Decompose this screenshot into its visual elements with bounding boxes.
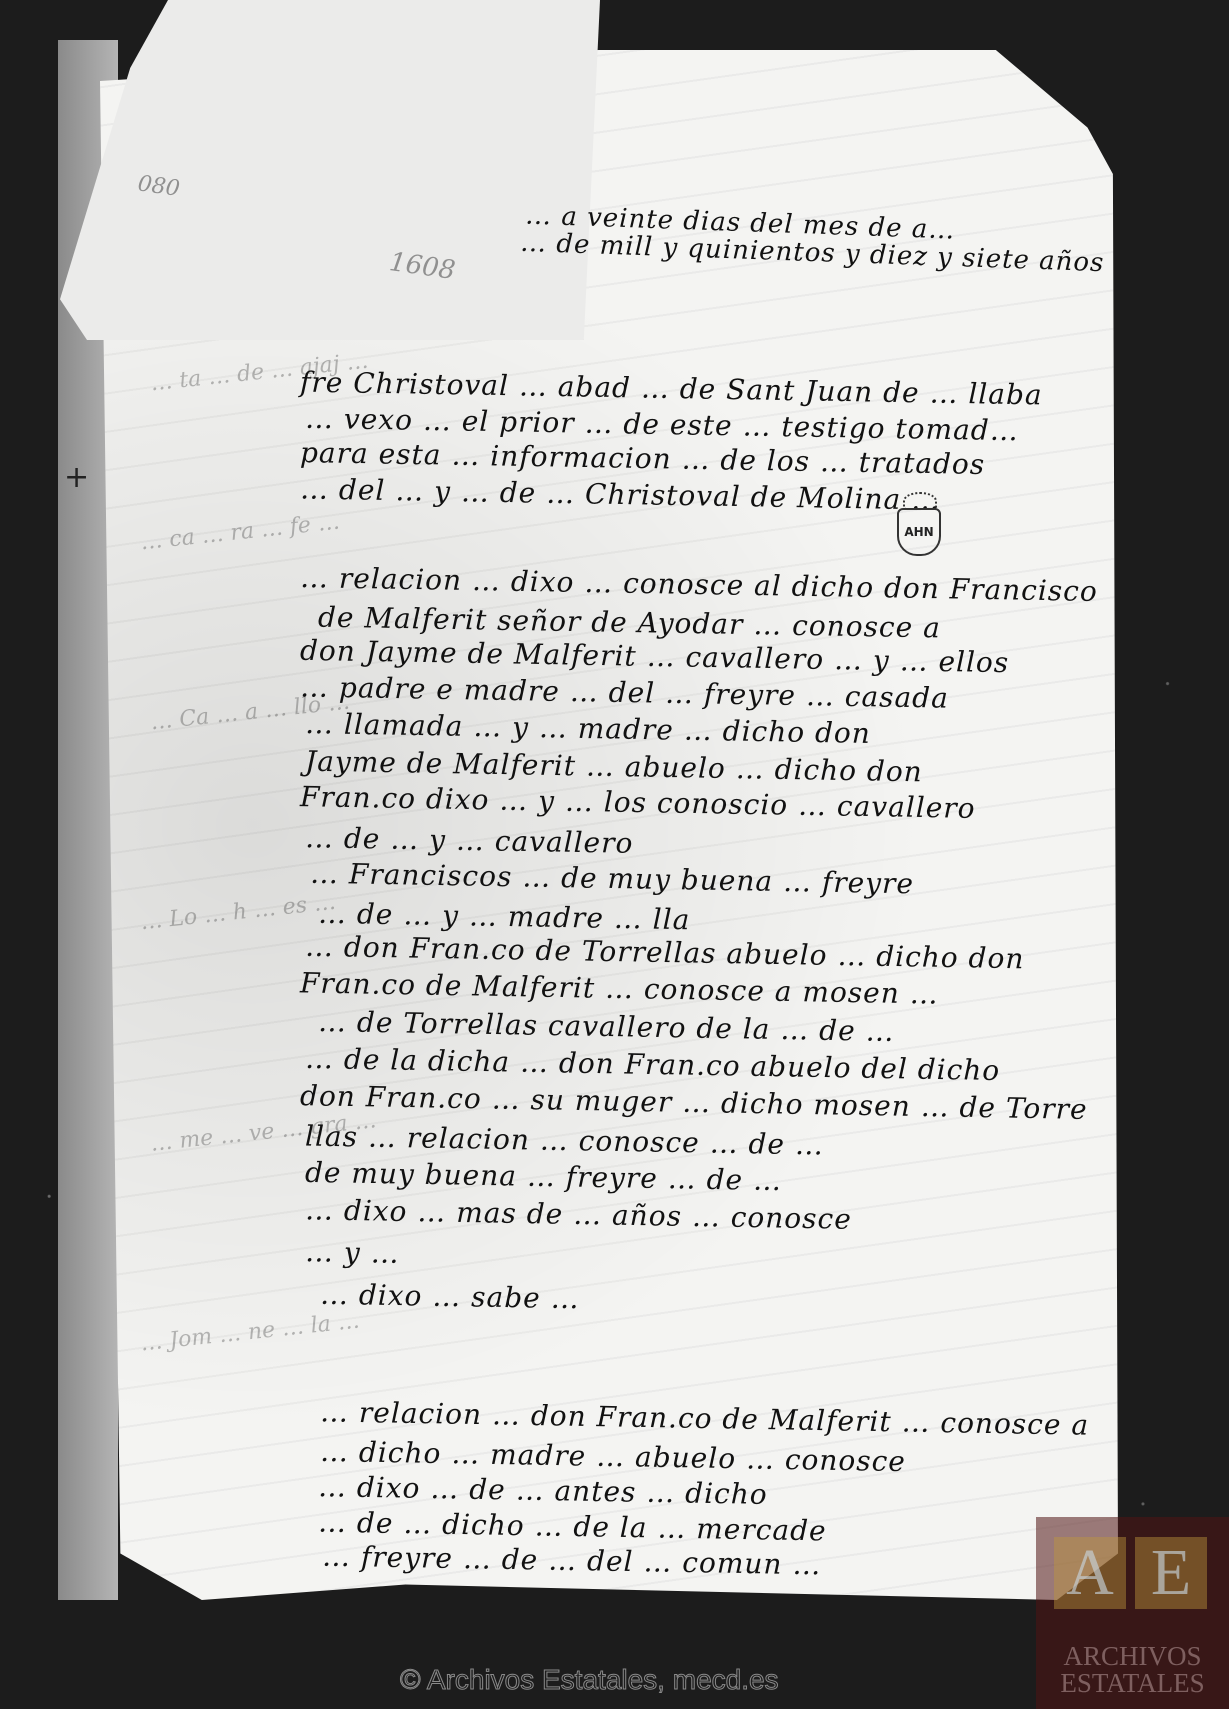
archivos-estatales-watermark: A E ARCHIVOS ESTATALES	[1036, 1517, 1229, 1709]
copyright-notice: © Archivos Estatales, mecd.es	[400, 1664, 779, 1696]
manuscript-line: … y …	[305, 1235, 400, 1270]
watermark-text: ARCHIVOS	[1036, 1643, 1229, 1670]
margin-cross-mark: +	[64, 460, 89, 495]
watermark-letter: E	[1135, 1537, 1207, 1609]
manuscript-line: … dixo … sabe …	[320, 1278, 580, 1316]
ahn-archive-stamp: AHN	[895, 492, 943, 558]
watermark-letter: A	[1054, 1537, 1126, 1609]
stamp-shield: AHN	[897, 508, 941, 556]
watermark-text: ESTATALES	[1036, 1670, 1229, 1697]
manuscript-line: … de … y … cavallero	[305, 821, 634, 860]
slip-note: 1608	[387, 247, 457, 286]
slip-note: 080	[136, 171, 181, 202]
